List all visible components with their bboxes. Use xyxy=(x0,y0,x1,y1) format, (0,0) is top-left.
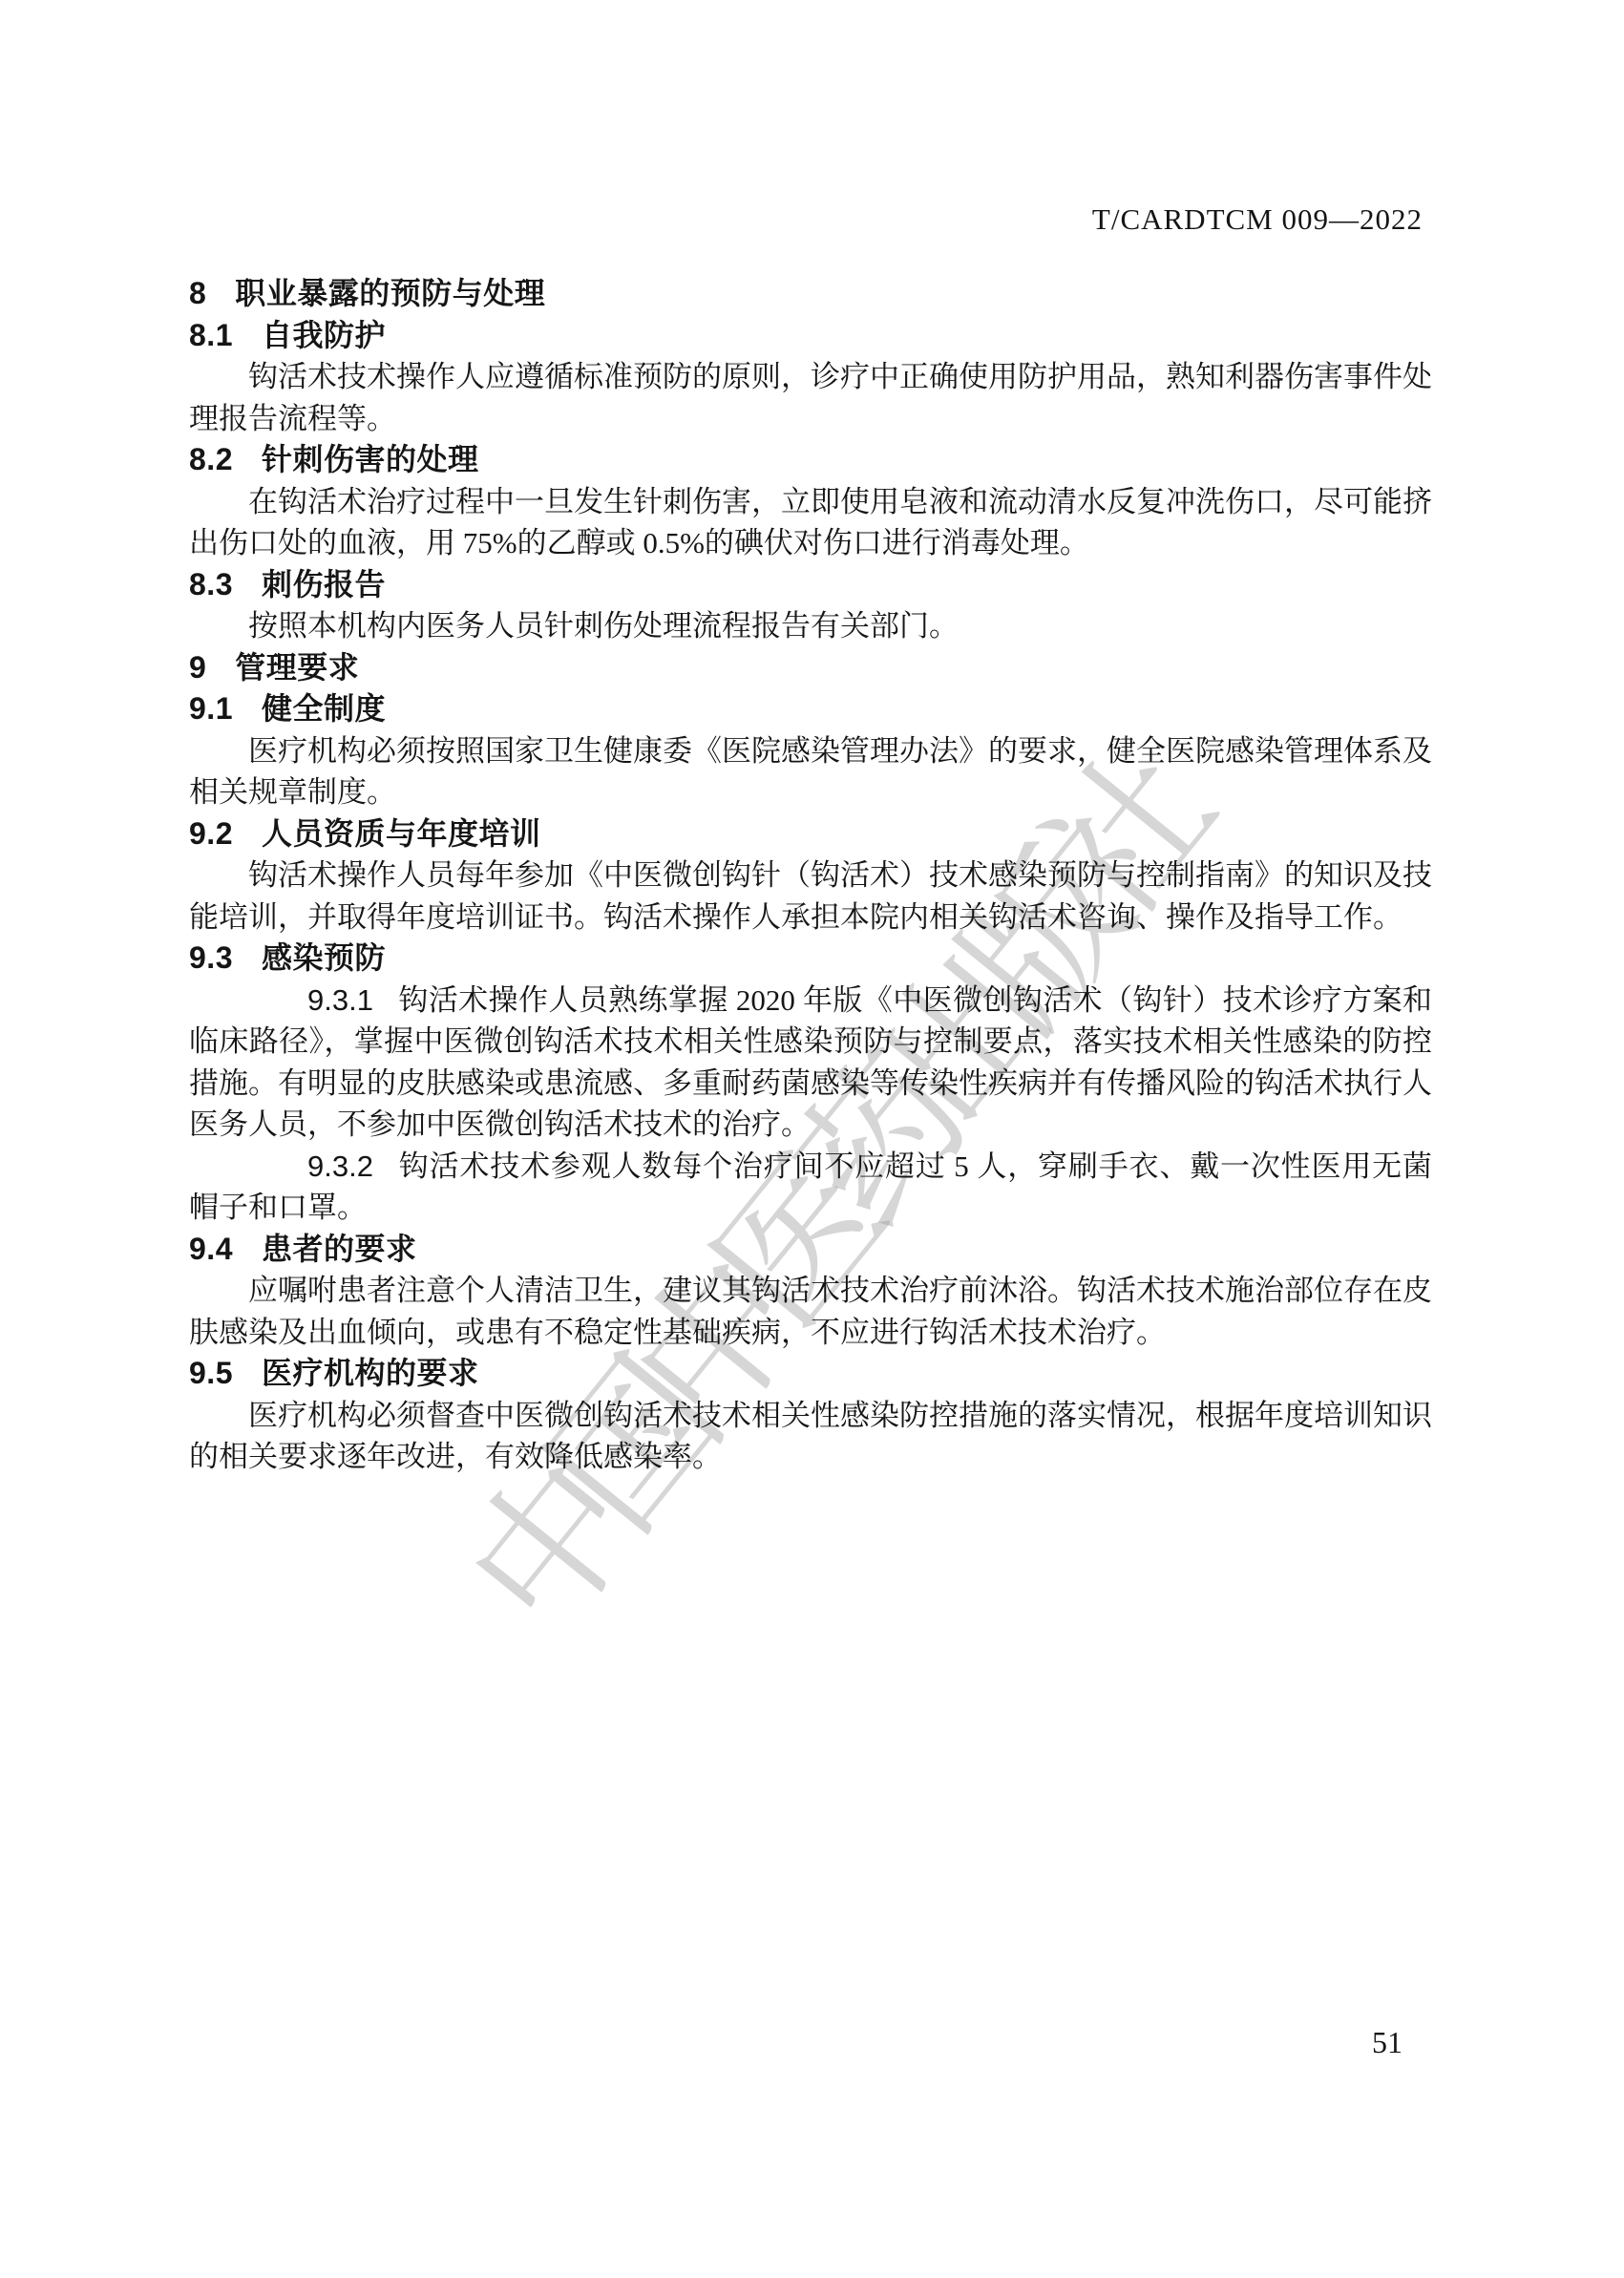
section-number: 9.4 xyxy=(189,1229,233,1271)
document-body: 8职业暴露的预防与处理 8.1自我防护 钩活术技术操作人应遵循标准预防的原则，诊… xyxy=(189,273,1432,1478)
section-title: 人员资质与年度培训 xyxy=(262,816,541,851)
document-number: T/CARDTCM 009—2022 xyxy=(189,202,1423,237)
section-title: 管理要求 xyxy=(235,650,359,685)
section-number: 9.5 xyxy=(189,1353,233,1395)
section-heading-9-4: 9.4患者的要求 xyxy=(189,1229,1432,1271)
section-heading-9-1: 9.1健全制度 xyxy=(189,688,1432,730)
paragraph-9-5: 医疗机构必须督查中医微创钩活术技术相关性感染防控措施的落实情况，根据年度培训知识… xyxy=(189,1395,1432,1478)
section-number: 8.1 xyxy=(189,315,233,357)
clause-number: 9.3.2 xyxy=(248,1146,373,1188)
paragraph-8-1: 钩活术技术操作人应遵循标准预防的原则，诊疗中正确使用防护用品，熟知利器伤害事件处… xyxy=(189,356,1432,439)
section-heading-9-2: 9.2人员资质与年度培训 xyxy=(189,813,1432,855)
section-heading-8-2: 8.2针刺伤害的处理 xyxy=(189,439,1432,481)
paragraph-9-3-2: 9.3.2钩活术技术参观人数每个治疗间不应超过 5 人，穿刷手衣、戴一次性医用无… xyxy=(189,1146,1432,1229)
section-title: 医疗机构的要求 xyxy=(262,1356,479,1390)
section-number: 8 xyxy=(189,273,206,315)
paragraph-9-2: 钩活术操作人员每年参加《中医微创钩针（钩活术）技术感染预防与控制指南》的知识及技… xyxy=(189,854,1432,938)
section-title: 患者的要求 xyxy=(262,1232,417,1266)
paragraph-9-1: 医疗机构必须按照国家卫生健康委《医院感染管理办法》的要求，健全医院感染管理体系及… xyxy=(189,730,1432,813)
section-heading-9-3: 9.3感染预防 xyxy=(189,938,1432,980)
section-number: 8.3 xyxy=(189,564,233,606)
clause-text: 钩活术技术参观人数每个治疗间不应超过 5 人，穿刷手衣、戴一次性医用无菌帽子和口… xyxy=(189,1150,1432,1225)
section-number: 9.2 xyxy=(189,813,233,855)
paragraph-8-2: 在钩活术治疗过程中一旦发生针刺伤害，立即使用皂液和流动清水反复冲洗伤口，尽可能挤… xyxy=(189,481,1432,564)
clause-text: 钩活术操作人员熟练掌握 2020 年版《中医微创钩活术（钩针）技术诊疗方案和临床… xyxy=(189,983,1432,1142)
section-number: 9.1 xyxy=(189,688,233,730)
section-title: 针刺伤害的处理 xyxy=(262,442,479,476)
section-number: 9 xyxy=(189,647,206,689)
section-title: 感染预防 xyxy=(262,940,386,975)
section-title: 刺伤报告 xyxy=(262,567,386,601)
page-number: 51 xyxy=(1372,2025,1403,2060)
section-heading-8-3: 8.3刺伤报告 xyxy=(189,564,1432,606)
document-page: 中国中医药出版社 T/CARDTCM 009—2022 8职业暴露的预防与处理 … xyxy=(0,0,1624,2278)
section-heading-8: 8职业暴露的预防与处理 xyxy=(189,273,1432,315)
section-heading-9: 9管理要求 xyxy=(189,647,1432,689)
section-title: 自我防护 xyxy=(262,318,386,352)
section-number: 8.2 xyxy=(189,439,233,481)
clause-number: 9.3.1 xyxy=(248,980,373,1022)
paragraph-8-3: 按照本机构内医务人员针刺伤处理流程报告有关部门。 xyxy=(189,605,1432,647)
section-title: 健全制度 xyxy=(262,691,386,726)
paragraph-9-3-1: 9.3.1钩活术操作人员熟练掌握 2020 年版《中医微创钩活术（钩针）技术诊疗… xyxy=(189,980,1432,1146)
section-title: 职业暴露的预防与处理 xyxy=(235,276,545,310)
section-heading-9-5: 9.5医疗机构的要求 xyxy=(189,1353,1432,1395)
paragraph-9-4: 应嘱咐患者注意个人清洁卫生，建议其钩活术技术治疗前沐浴。钩活术技术施治部位存在皮… xyxy=(189,1270,1432,1353)
section-number: 9.3 xyxy=(189,938,233,980)
section-heading-8-1: 8.1自我防护 xyxy=(189,315,1432,357)
